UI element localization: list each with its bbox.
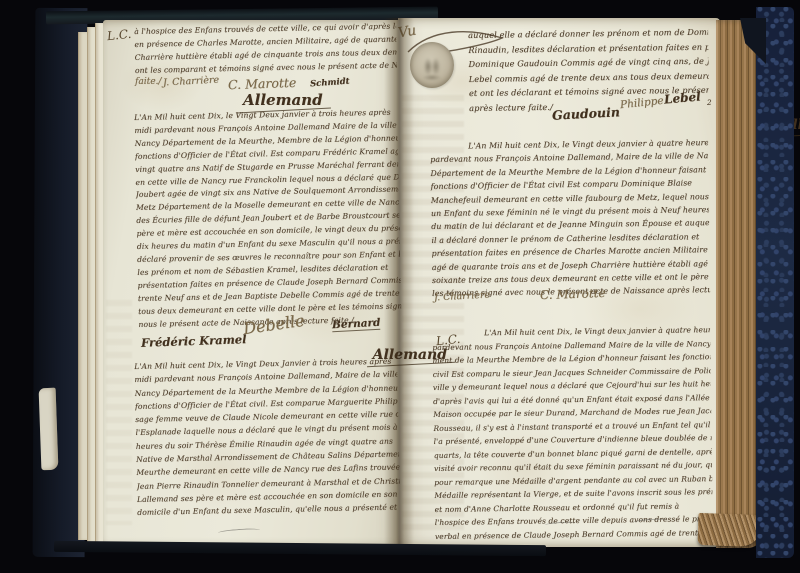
left-margin-note: L.C. <box>106 27 132 43</box>
folio-mark: 2 <box>707 99 712 107</box>
manuscript-paragraph-birth-act-rinaudin: L'An Mil huit cent Dix, le Vingt Deux Ja… <box>134 354 400 521</box>
signature-witness: C. Marotte <box>540 286 606 302</box>
manuscript-paragraph-birth-act-blaise: L'An Mil huit cent Dix, le Vingt deux ja… <box>430 136 710 302</box>
signature-witness: C. Marotte <box>228 75 297 92</box>
manuscript-paragraph-previous-act-end: à l'hospice des Enfans trouvés de cette … <box>134 20 397 79</box>
signature-witness: Bernard <box>332 317 381 333</box>
manuscript-paragraph-birth-act-kramel: L'An Mil huit cent Dix, le Vingt Deux ja… <box>134 106 402 332</box>
signature-mayor: Allemand <box>243 91 323 109</box>
torn-paper-scrap <box>39 388 59 471</box>
manuscript-paragraph-foundling-act-rousseau: L'An Mil huit cent Dix, le Vingt deux ja… <box>432 323 713 544</box>
photo-of-register-book: L.C. à l'hospice des Enfans trouvés de c… <box>0 0 800 573</box>
embossed-seal-stamp <box>410 42 454 88</box>
right-book-cover <box>756 7 794 558</box>
signature-closing-word: faite./ <box>135 77 161 87</box>
seal-figures <box>419 50 445 80</box>
book-fore-edge-corner <box>697 513 762 547</box>
